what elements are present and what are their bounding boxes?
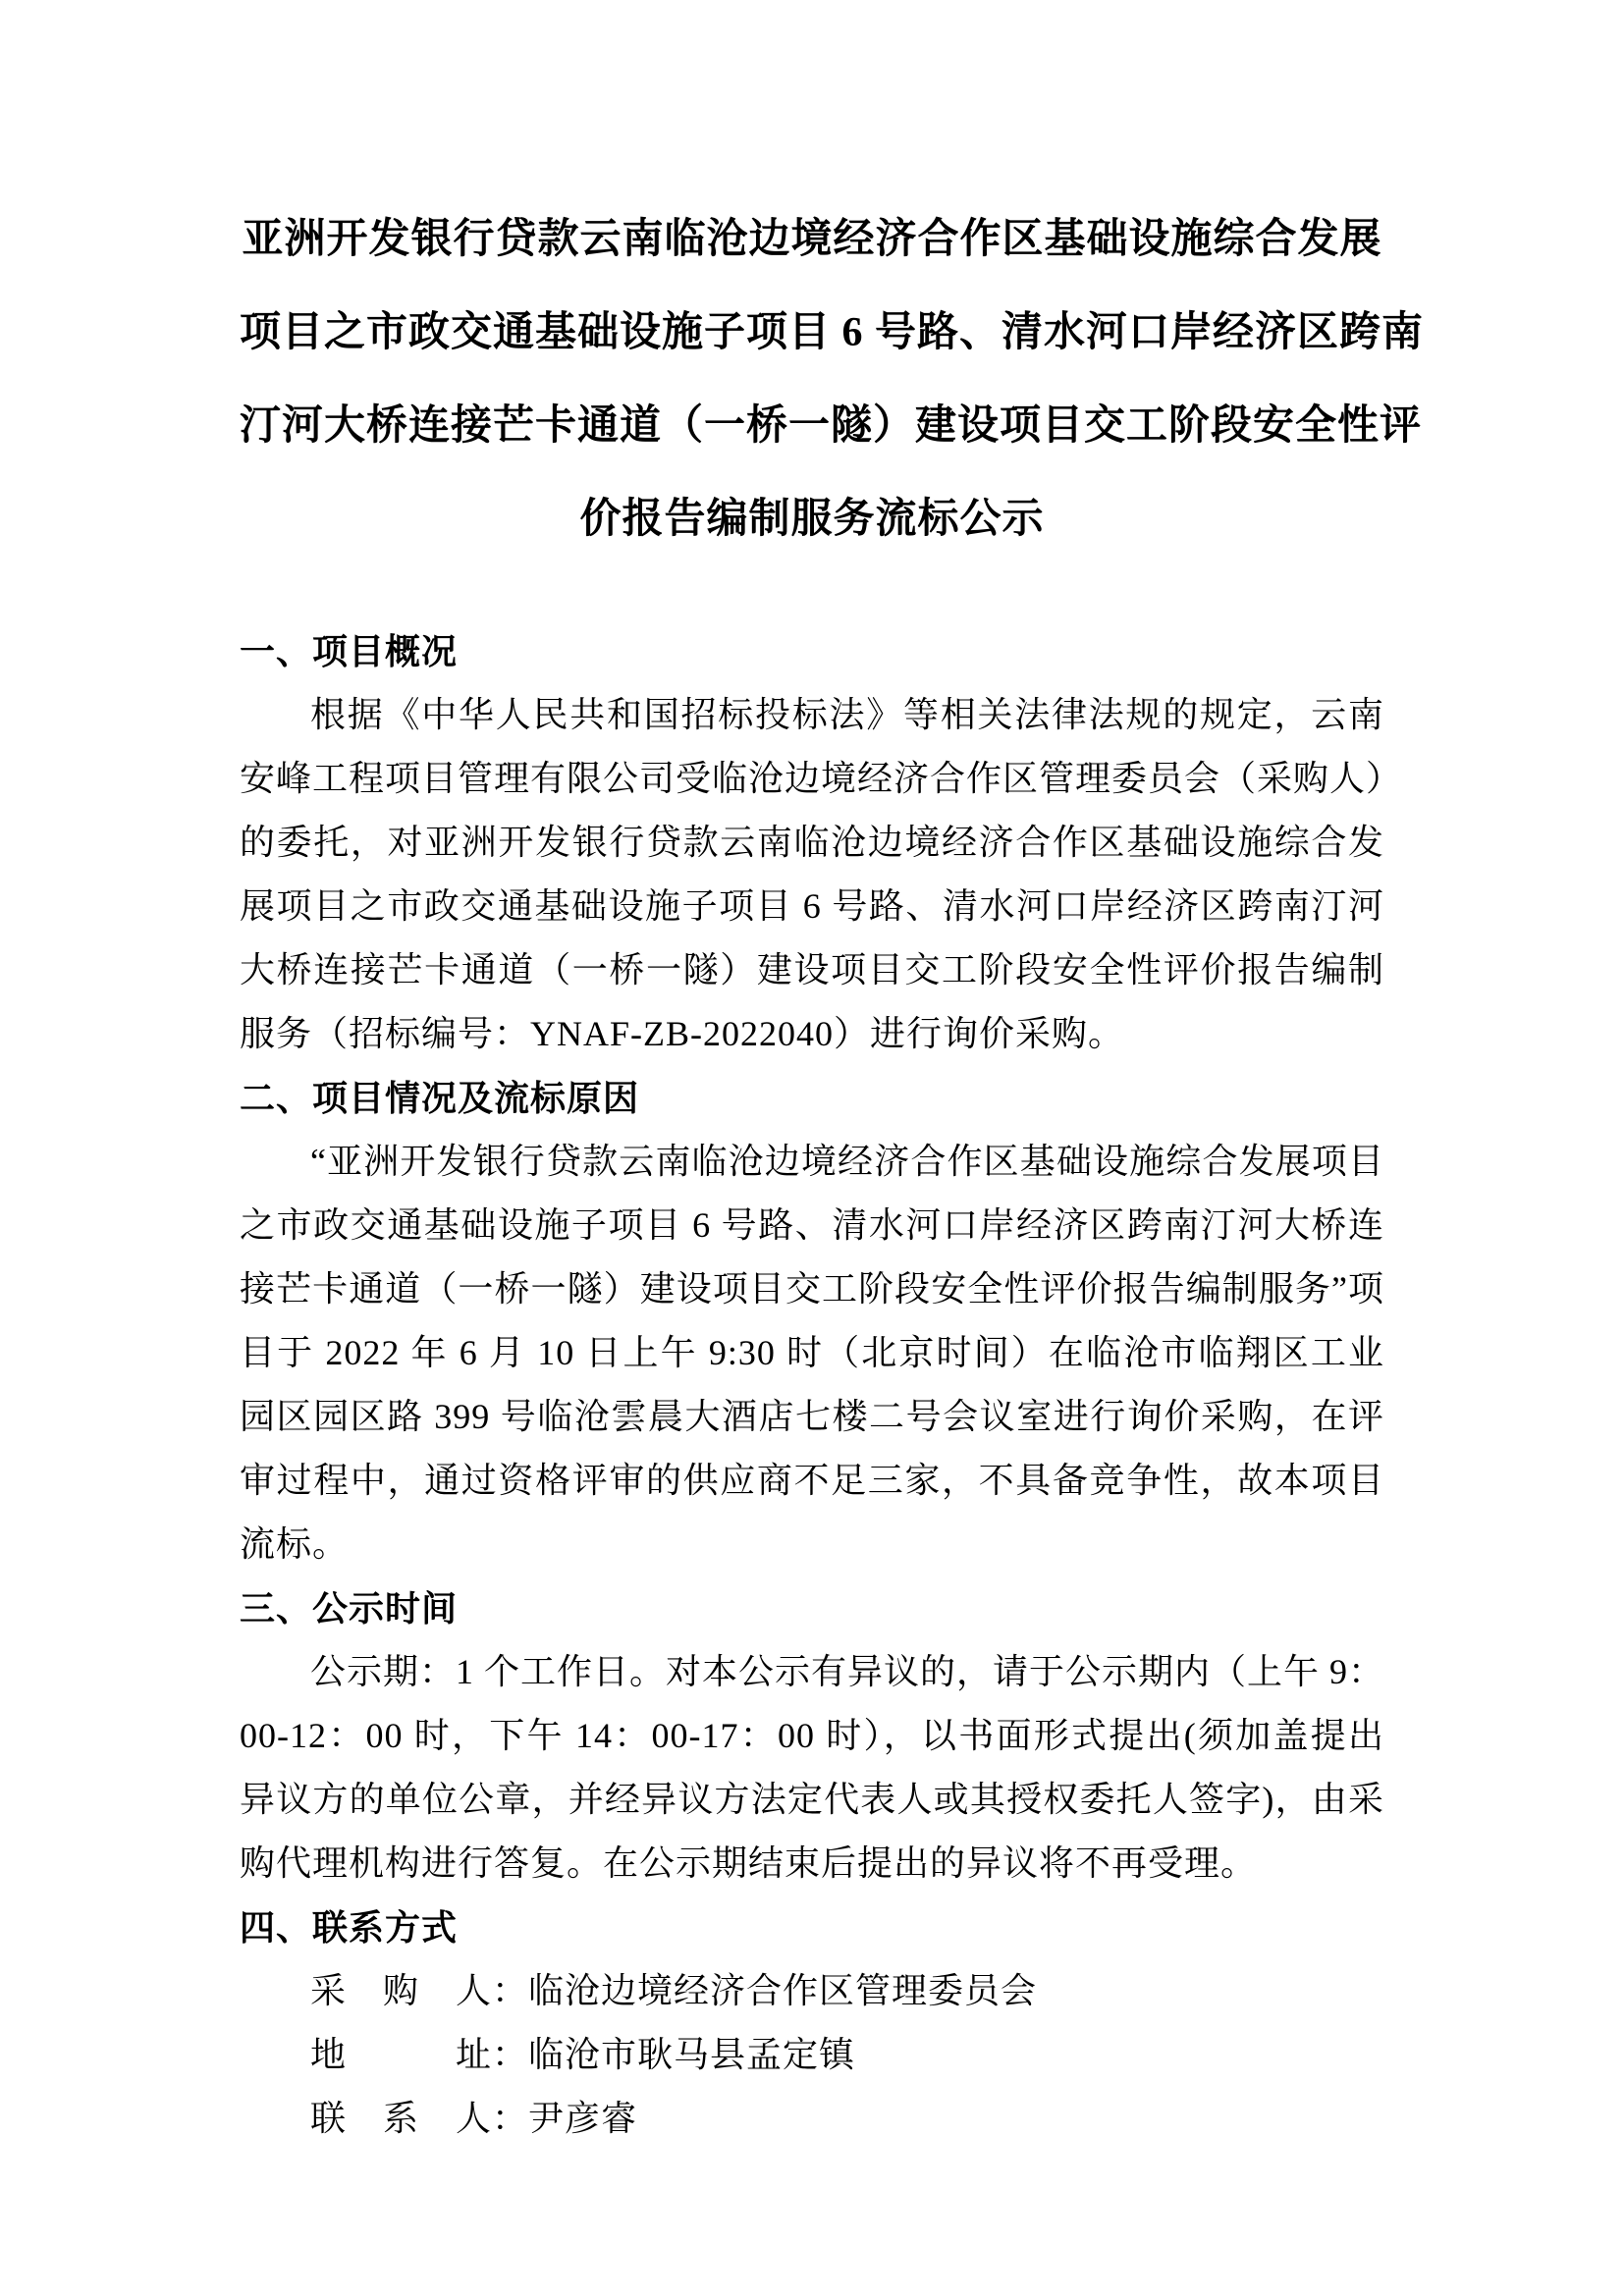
document-body: 一、项目概况 根据《中华人民共和国招标投标法》等相关法律法规的规定，云南安峰工程… — [240, 619, 1384, 2151]
contact-person: 联 系 人：尹彦睿 — [240, 2087, 1384, 2151]
section-project-overview: 一、项目概况 根据《中华人民共和国招标投标法》等相关法律法规的规定，云南安峰工程… — [240, 619, 1384, 1066]
section-failure-reason-paragraph: “亚洲开发银行贷款云南临沧边境经济合作区基础设施综合发展项目之市政交通基础设施子… — [240, 1130, 1384, 1576]
section-publicity-period-paragraph: 公示期：1 个工作日。对本公示有异议的，请于公示期内（上午 9：00-12：00… — [240, 1640, 1384, 1896]
section-project-status-and-failure-reason: 二、项目情况及流标原因 “亚洲开发银行贷款云南临沧边境经济合作区基础设施综合发展… — [240, 1066, 1384, 1576]
title-line-1: 亚洲开发银行贷款云南临沧边境经济合作区基础设施综合发展 — [240, 193, 1384, 287]
document-page: 亚洲开发银行贷款云南临沧边境经济合作区基础设施综合发展 项目之市政交通基础设施子… — [0, 0, 1624, 2296]
section-publicity-period-heading: 三、公示时间 — [240, 1576, 1384, 1640]
title-line-4: 价报告编制服务流标公示 — [240, 473, 1384, 566]
title-line-3: 汀河大桥连接芒卡通道（一桥一隧）建设项目交工阶段安全性评 — [240, 380, 1384, 473]
section-failure-reason-heading: 二、项目情况及流标原因 — [240, 1066, 1384, 1130]
document-title: 亚洲开发银行贷款云南临沧边境经济合作区基础设施综合发展 项目之市政交通基础设施子… — [240, 193, 1384, 566]
contact-address: 地 址：临沧市耿马县孟定镇 — [240, 2023, 1384, 2087]
section-project-overview-heading: 一、项目概况 — [240, 619, 1384, 683]
section-project-overview-paragraph: 根据《中华人民共和国招标投标法》等相关法律法规的规定，云南安峰工程项目管理有限公… — [240, 683, 1384, 1066]
section-publicity-period: 三、公示时间 公示期：1 个工作日。对本公示有异议的，请于公示期内（上午 9：0… — [240, 1576, 1384, 1896]
section-contact-info: 四、联系方式 采 购 人：临沧边境经济合作区管理委员会 地 址：临沧市耿马县孟定… — [240, 1896, 1384, 2151]
contact-buyer: 采 购 人：临沧边境经济合作区管理委员会 — [240, 1959, 1384, 2023]
section-contact-info-heading: 四、联系方式 — [240, 1896, 1384, 1959]
title-line-2: 项目之市政交通基础设施子项目 6 号路、清水河口岸经济区跨南 — [240, 287, 1384, 380]
